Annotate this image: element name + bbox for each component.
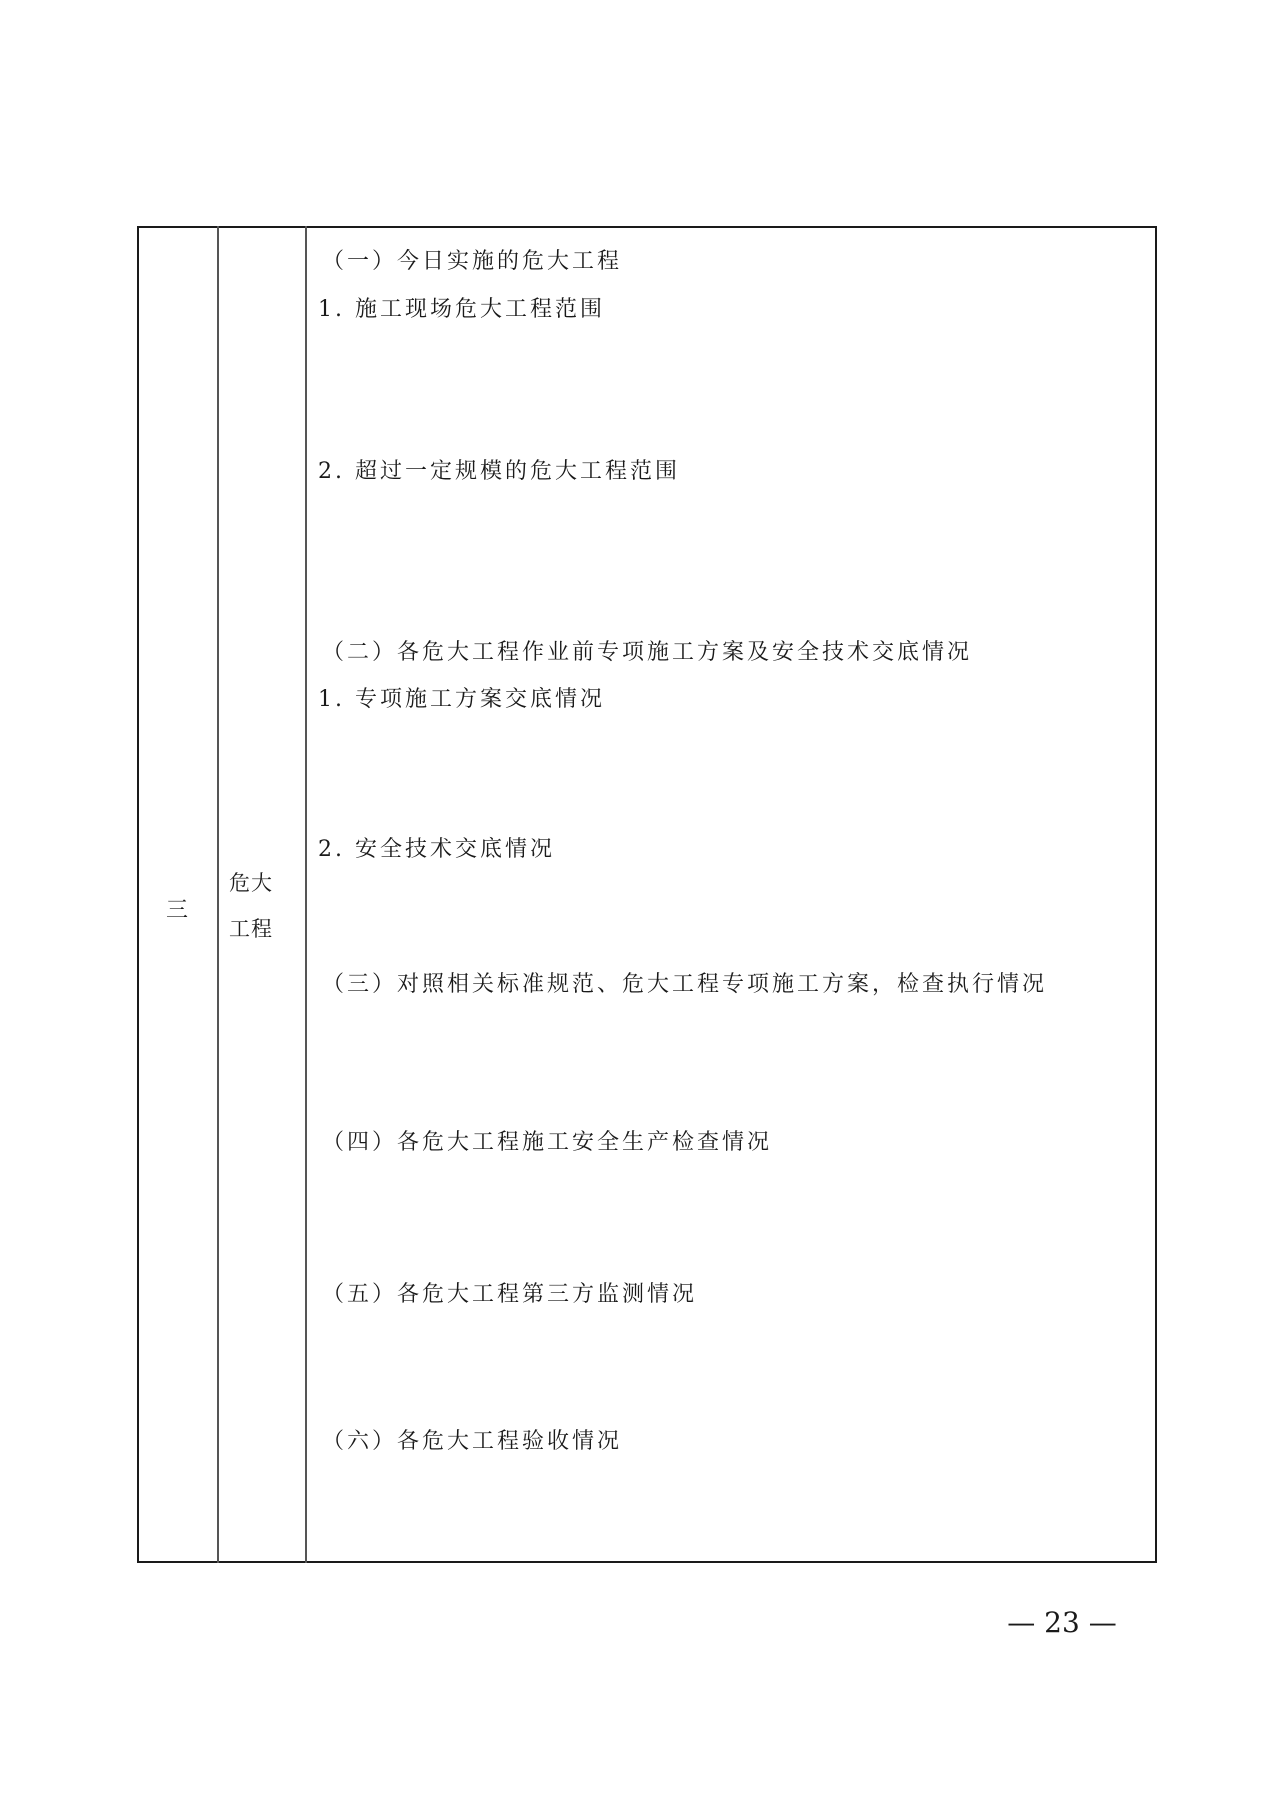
content-line: （一）今日实施的危大工程 bbox=[322, 249, 622, 275]
content-line: 1. 专项施工方案交底情况 bbox=[318, 687, 605, 713]
content-line: 2. 安全技术交底情况 bbox=[318, 837, 555, 863]
content-line: （三）对照相关标准规范、危大工程专项施工方案，检查执行情况 bbox=[322, 972, 1047, 998]
content-line: 2. 超过一定规模的危大工程范围 bbox=[318, 459, 680, 485]
content-line: （二）各危大工程作业前专项施工方案及安全技术交底情况 bbox=[322, 640, 972, 666]
page-number: — 23 — bbox=[1000, 1606, 1124, 1639]
inspection-table bbox=[137, 226, 1157, 1563]
column-divider-1 bbox=[217, 226, 219, 1563]
category-label-line-2: 工程 bbox=[229, 913, 273, 943]
content-line: （四）各危大工程施工安全生产检查情况 bbox=[322, 1130, 772, 1156]
content-line: （六）各危大工程验收情况 bbox=[322, 1429, 622, 1455]
content-line: （五）各危大工程第三方监测情况 bbox=[322, 1282, 697, 1308]
content-line: 1. 施工现场危大工程范围 bbox=[318, 297, 605, 323]
row-index: 三 bbox=[166, 893, 188, 924]
category-label-line-1: 危大 bbox=[229, 867, 273, 897]
column-divider-2 bbox=[305, 226, 307, 1563]
